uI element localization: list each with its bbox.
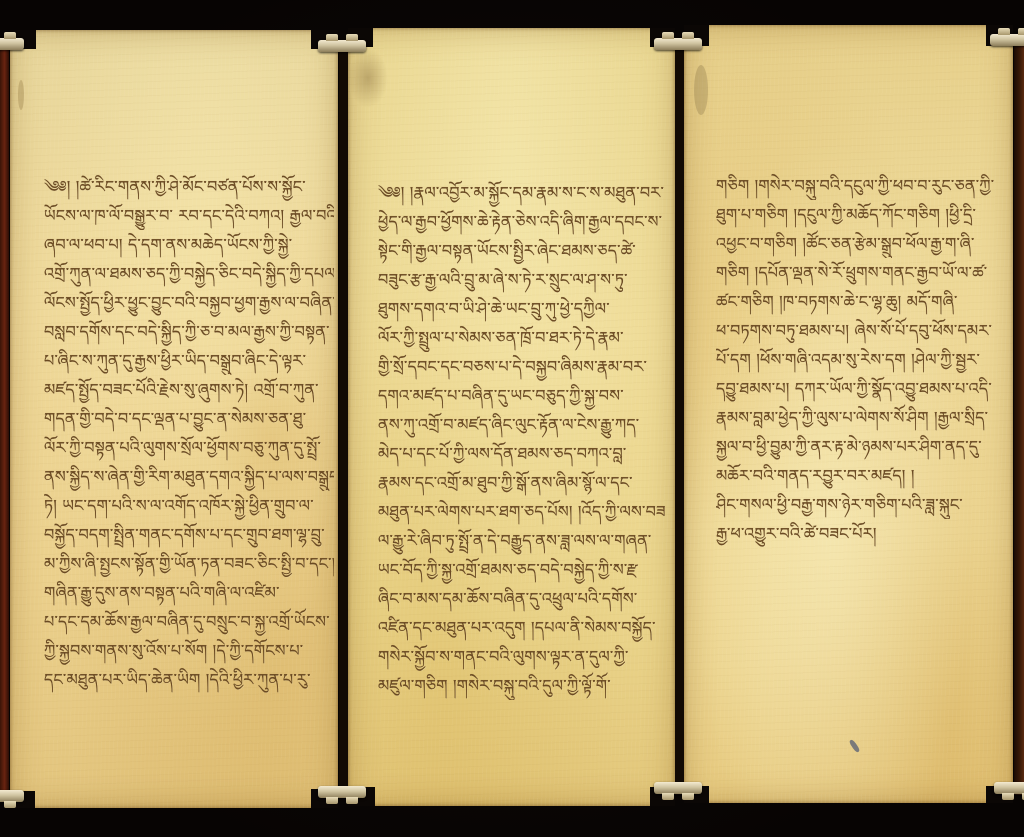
- inscription-line: མཛུལ་གཅིག །གསེར་བསྐུ་བའི་དུལ་ཀྱི་ལྟོ་གོ་: [378, 671, 668, 700]
- inscription-line: ནས་སྐྱིད་ས་ཞེན་གྱི་རིག་མཐུན་དགའ་སྐྱིད་པ་…: [44, 462, 334, 491]
- adjacent-plate-edge-right: [1014, 35, 1024, 795]
- inscription-line: ལོར་ཀྱི་སྤྲུལ་པ་སེམས་ཅན་ཁྲོ་བ་ཐར་ཏེ་དེ་ར…: [378, 323, 668, 352]
- inscription-line: ༄༅། །རྣལ་འབྱོར་མ་སྐྱོང་དམ་རྣམ་ས་ང་ས་མཐུན…: [378, 178, 668, 207]
- inscription-line: ཕྱེད་ལ་རྒྱབ་ཕྱོགས་ཆེ་རྟེན་ཅེས་འདི་ཞིག་རྒ…: [378, 207, 668, 236]
- tibetan-inscription-plate-3: གཅིག །གསེར་བསྐུ་བའི་དངུལ་ཀྱི་ཕབ་བ་རུང་ཅན…: [716, 171, 1008, 548]
- inscription-line: འགྲོ་ཀུན་ལ་ཐམས་ཅད་ཀྱི་བསྐྱེད་ཅིང་བདེ་སྐྱ…: [44, 259, 334, 288]
- hinge-pin: [990, 34, 1024, 46]
- inscription-line: གྱི་སྲོ་དབང་དང་བཅས་པ་དེ་བསྐྱབ་ཞིམས་རྣམ་བ…: [378, 352, 668, 381]
- inscription-line: ཞིང་བ་མས་དམ་ཆོས་བཞིན་དུ་འཕྲུལ་པའི་དགོས་: [378, 584, 668, 613]
- inscription-line: ཀྱི་སྐྱབས་གནས་སུ་འོས་པ་སོག །དེ་ཀྱི་དགོངས…: [44, 636, 334, 665]
- inscription-line: འཕྱང་བ་གཅིག །ཚོང་ཅན་རྩེམ་སྒྲུབ་ཕོལ་རྒྱ་ག…: [716, 229, 1008, 258]
- inscription-line: ༄༅། །ཚེ་རིང་གནས་ཀྱི་ཤེ་མོང་བཙན་པོས་ས་སྐྱ…: [44, 172, 334, 201]
- inscription-line: གཅིག །དཔོན་ལྡན་སེ་རོ་ཕྲུགས་གནང་རྒྱབ་ཡོ་ལ…: [716, 258, 1008, 287]
- patina-spot: [348, 48, 388, 108]
- inscription-line: པོ་དག །ཕོས་གཞི་འདམ་སུ་རེས་དག །ཤེལ་ཀྱི་སྦ…: [716, 345, 1008, 374]
- inscription-line: གསེར་སྐྱོབ་ས་གནང་བའི་ལུགས་ལྟར་ན་དུལ་ཀྱི་: [378, 642, 668, 671]
- hinge-pin: [0, 790, 24, 802]
- inscription-line: ཏེ། ཡང་དག་པའི་ས་ལ་འགོད་འཁོར་སྐྱེ་ཕྱིན་གྲ…: [44, 491, 334, 520]
- inscription-line: མེད་པ་དང་པོ་ཀྱི་ལས་དོན་ཐམས་ཅད་བཀའ་བླ་: [378, 439, 668, 468]
- hinge-pin: [318, 786, 366, 798]
- inscription-line: ཤིང་གསལ་ཕྱི་བརྒྱ་གས་ཉེར་གཅིག་པའི་ཟླ་སྐུང…: [716, 490, 1008, 519]
- hinge-pin: [0, 38, 24, 50]
- inscription-line: ཡང་བོད་ཀྱི་སྐྱ་འགྲོ་ཐམས་ཅད་བདེ་བསྐྱེད་ཀྱ…: [378, 555, 668, 584]
- inscription-line: ཡོངས་ལ་ཁ་ལོ་བསྒྱུར་བ་ རབ་དང་དེའི་བཀའ། རྒ…: [44, 201, 334, 230]
- hinge-pin: [318, 40, 366, 52]
- adjacent-plate-edge-left: [0, 40, 9, 800]
- hinge-pin: [994, 782, 1024, 794]
- inscription-line: སྐྱལ་བ་ཕྱི་བྱུམ་ཀྱི་ནར་རྟ་མེ་ཉམས་པར་ཤིག་…: [716, 432, 1008, 461]
- inscription-line: རྣམས་དང་འགྲོ་མ་ཐུབ་ཀྱི་སྒོ་ནས་ཞིམ་སྙོ་ལ་…: [378, 468, 668, 497]
- hinge-pin: [654, 38, 702, 50]
- inscription-line: འཛིན་དང་མཐུན་པར་འདུག །དཔལ་ནི་སེམས་བསྐྱོད…: [378, 613, 668, 642]
- inscription-line: ཕ་བཏགས་བཏུ་ཐམས་པ། ཞེས་སོ་པོ་དབུ་ཕོས་དམར་: [716, 316, 1008, 345]
- brass-plate-2: ༄༅། །རྣལ་འབྱོར་མ་སྐྱོང་དམ་རྣམ་ས་ང་ས་མཐུན…: [348, 28, 675, 806]
- inscription-line: སྟེང་གི་རྒྱལ་བསྟན་ཡོངས་སྤྱིར་ཞེང་ཐམས་ཅད་…: [378, 236, 668, 265]
- inscription-line: ཐུག་པ་གཅིག །དངུལ་ཀྱི་མཆོད་ཀོང་གཅིག །ཕྱི་…: [716, 200, 1008, 229]
- inscription-line: བཟུང་རྩ་རྒྱ་ལའི་བྲུ་མ་ཞེ་ས་ཏེ་ར་སྲུང་ལ་ཤ…: [378, 265, 668, 294]
- inscription-line: མཐུན་པར་ལེགས་པར་ཐག་ཅད་པོས། །འོད་ཀྱི་ལས་བ…: [378, 497, 668, 526]
- inscription-line: གཅིག །གསེར་བསྐུ་བའི་དངུལ་ཀྱི་ཕབ་བ་རུང་ཅན…: [716, 171, 1008, 200]
- inscription-line: རྣམས་བླམ་ཕྱེད་ཀྱི་ལུས་པ་ལེགས་སོ་ཤིག །རྒྱ…: [716, 403, 1008, 432]
- inscription-line: ནས་ཀུ་འགྲོ་བ་མཛད་ཞིང་ལུང་རྟོན་ལ་ངེས་རྒྱུ…: [378, 410, 668, 439]
- inscription-line: མཛད་སྤྱོད་བཟང་པོའི་རྗེས་སུ་ཞུགས་ཏེ། འགྲོ…: [44, 375, 334, 404]
- inscription-line: ཞབ་ལ་ཕབ་པ། དེ་དག་ནས་མཆེད་ཡོངས་ཀྱི་སྐྱེ་: [44, 230, 334, 259]
- inscription-line: ཐུགས་དགའ་བ་ཡི་ཤེ་ཆེ་ཡང་བྲུ་ཀུ་ཕྱེ་དཀྱིལ་: [378, 294, 668, 323]
- hinge-pin: [654, 782, 702, 794]
- inscription-line: ལོངས་སྤྱོད་ཕྱིར་ཕྱུང་བྱུང་བའི་བསྐྱབ་ཕྱག་…: [44, 288, 334, 317]
- inscription-line: བསྐྱོད་བདག་སྤྲིན་གནང་དགོས་པ་དང་གྲུབ་ཐག་ལ…: [44, 520, 334, 549]
- inscription-line: དབྱུ་ཐམས་པ། དཀར་ཡོལ་ཀྱི་སྣོད་འབྱུ་ཐམས་པ་…: [716, 374, 1008, 403]
- patina-spot: [694, 65, 708, 115]
- brass-plate-3: གཅིག །གསེར་བསྐུ་བའི་དངུལ་ཀྱི་ཕབ་བ་རུང་ཅན…: [684, 25, 1013, 803]
- inscription-line: པ་ཞིང་ས་ཀུན་དུ་རྒྱས་ཕྱིར་ཡིད་བསྒྲུབ་ཞིང་…: [44, 346, 334, 375]
- tibetan-inscription-plate-2: ༄༅། །རྣལ་འབྱོར་མ་སྐྱོང་དམ་རྣམ་ས་ང་ས་མཐུན…: [378, 178, 668, 700]
- inscription-line: ལ་རྒྱུ་རེ་ཞིབ་ཏུ་སྤྲོ་ན་དེ་བརྒྱུད་ནས་ཟླ་…: [378, 526, 668, 555]
- inscription-line: བསླབ་དགོས་དང་བདེ་སྐྱིད་ཀྱི་ཅ་བ་མལ་རྒྱས་ཀ…: [44, 317, 334, 346]
- plate-gap: [675, 45, 684, 795]
- inscription-line: དགའ་མཛད་པ་བཞིན་དུ་ཡང་བཅུད་ཀྱི་སྐྱ་བས་: [378, 381, 668, 410]
- inscription-line: གདན་གྱི་བདེ་བ་དང་ལྡན་པ་བྱུང་ན་སེམས་ཅན་ཐུ…: [44, 404, 334, 433]
- inscription-line: མཆོར་བའི་གནད་རབྱུར་བར་མཛད། །: [716, 461, 1008, 490]
- brass-plate-1: ༄༅། །ཚེ་རིང་གནས་ཀྱི་ཤེ་མོང་བཙན་པོས་ས་སྐྱ…: [10, 30, 338, 808]
- tibetan-inscription-plate-1: ༄༅། །ཚེ་རིང་གནས་ཀྱི་ཤེ་མོང་བཙན་པོས་ས་སྐྱ…: [44, 172, 334, 694]
- patina-spot: [18, 80, 24, 110]
- inscription-line: དང་མཐུན་པར་ཡིད་ཆེན་ཡིག །དེའི་ཕྱིར་ཀུན་པ་…: [44, 665, 334, 694]
- inscription-line: ཚང་གཅིག །ཁ་བཏགས་ཆེ་ང་ལྷ་ཆུ། མདོ་གཞི་: [716, 287, 1008, 316]
- inscription-line: པ་དང་དམ་ཆོས་རྒྱལ་བཞིན་དུ་བསྲུང་བ་སྐྱ་འགྲ…: [44, 607, 334, 636]
- inscription-line: མ་ཀྱིས་ཞི་སྤྱངས་སྟོན་གྱི་ཡོན་ཏན་བཟང་ཅིང་…: [44, 549, 334, 578]
- scratch-mark: [848, 739, 860, 753]
- inscription-line: རྒྱ་ཕ་འགྱུར་བའི་ཚེ་བཟང་པོར།: [716, 519, 1008, 548]
- plate-gap: [339, 45, 348, 795]
- inscription-line: ལོར་ཀྱི་བསྟན་པའི་ལུགས་སྲོལ་ཕྱོགས་བཅུ་ཀུན…: [44, 433, 334, 462]
- inscription-line: གཞིན་རྒྱུ་དུས་ནས་བསྟན་པའི་གཞི་ལ་འཛིམ་: [44, 578, 334, 607]
